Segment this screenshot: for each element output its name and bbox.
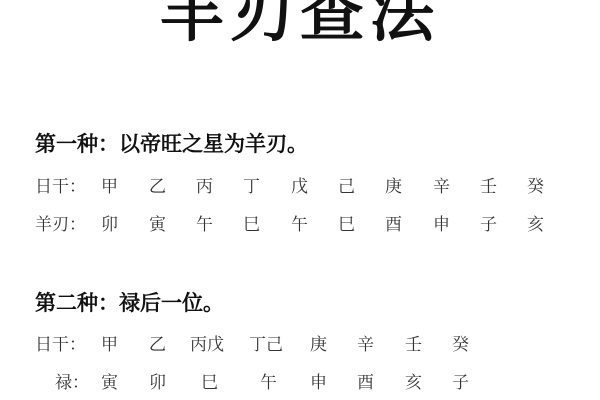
cell: 卯 <box>101 210 118 235</box>
page-title: 羊刃查法 <box>0 0 600 54</box>
cell: 癸 <box>452 330 469 355</box>
cell: 午 <box>196 210 213 235</box>
cell: 甲 <box>101 172 118 197</box>
cell: 丁己 <box>249 330 283 355</box>
row-label: 日干： <box>35 172 86 197</box>
cell: 申 <box>433 210 450 235</box>
row-label: 日干： <box>35 330 86 355</box>
cell: 丙戊 <box>190 330 224 355</box>
cell: 午 <box>260 368 277 393</box>
cell: 壬 <box>480 172 497 197</box>
cell: 午 <box>291 210 308 235</box>
cell: 丙 <box>196 172 213 197</box>
cell: 乙 <box>149 330 166 355</box>
cell: 申 <box>310 368 327 393</box>
cell: 亥 <box>527 210 544 235</box>
cell: 卯 <box>149 368 166 393</box>
cell: 寅 <box>149 210 166 235</box>
cell: 戊 <box>291 172 308 197</box>
cell: 酉 <box>357 368 374 393</box>
section2-heading: 第二种：禄后一位。 <box>35 287 224 317</box>
cell: 己 <box>338 172 355 197</box>
cell: 子 <box>480 210 497 235</box>
cell: 巳 <box>338 210 355 235</box>
cell: 亥 <box>405 368 422 393</box>
cell: 乙 <box>149 172 166 197</box>
cell: 子 <box>452 368 469 393</box>
cell: 庚 <box>310 330 327 355</box>
cell: 甲 <box>101 330 118 355</box>
row-label: 羊刃： <box>35 210 86 235</box>
cell: 庚 <box>385 172 402 197</box>
cell: 壬 <box>405 330 422 355</box>
section1-heading: 第一种：以帝旺之星为羊刃。 <box>35 128 308 158</box>
cell: 丁 <box>243 172 260 197</box>
cell: 酉 <box>385 210 402 235</box>
cell: 巳 <box>201 368 218 393</box>
cell: 辛 <box>433 172 450 197</box>
cell: 寅 <box>101 368 118 393</box>
cell: 辛 <box>357 330 374 355</box>
cell: 巳 <box>243 210 260 235</box>
row-label: 禄： <box>55 368 89 393</box>
cell: 癸 <box>527 172 544 197</box>
